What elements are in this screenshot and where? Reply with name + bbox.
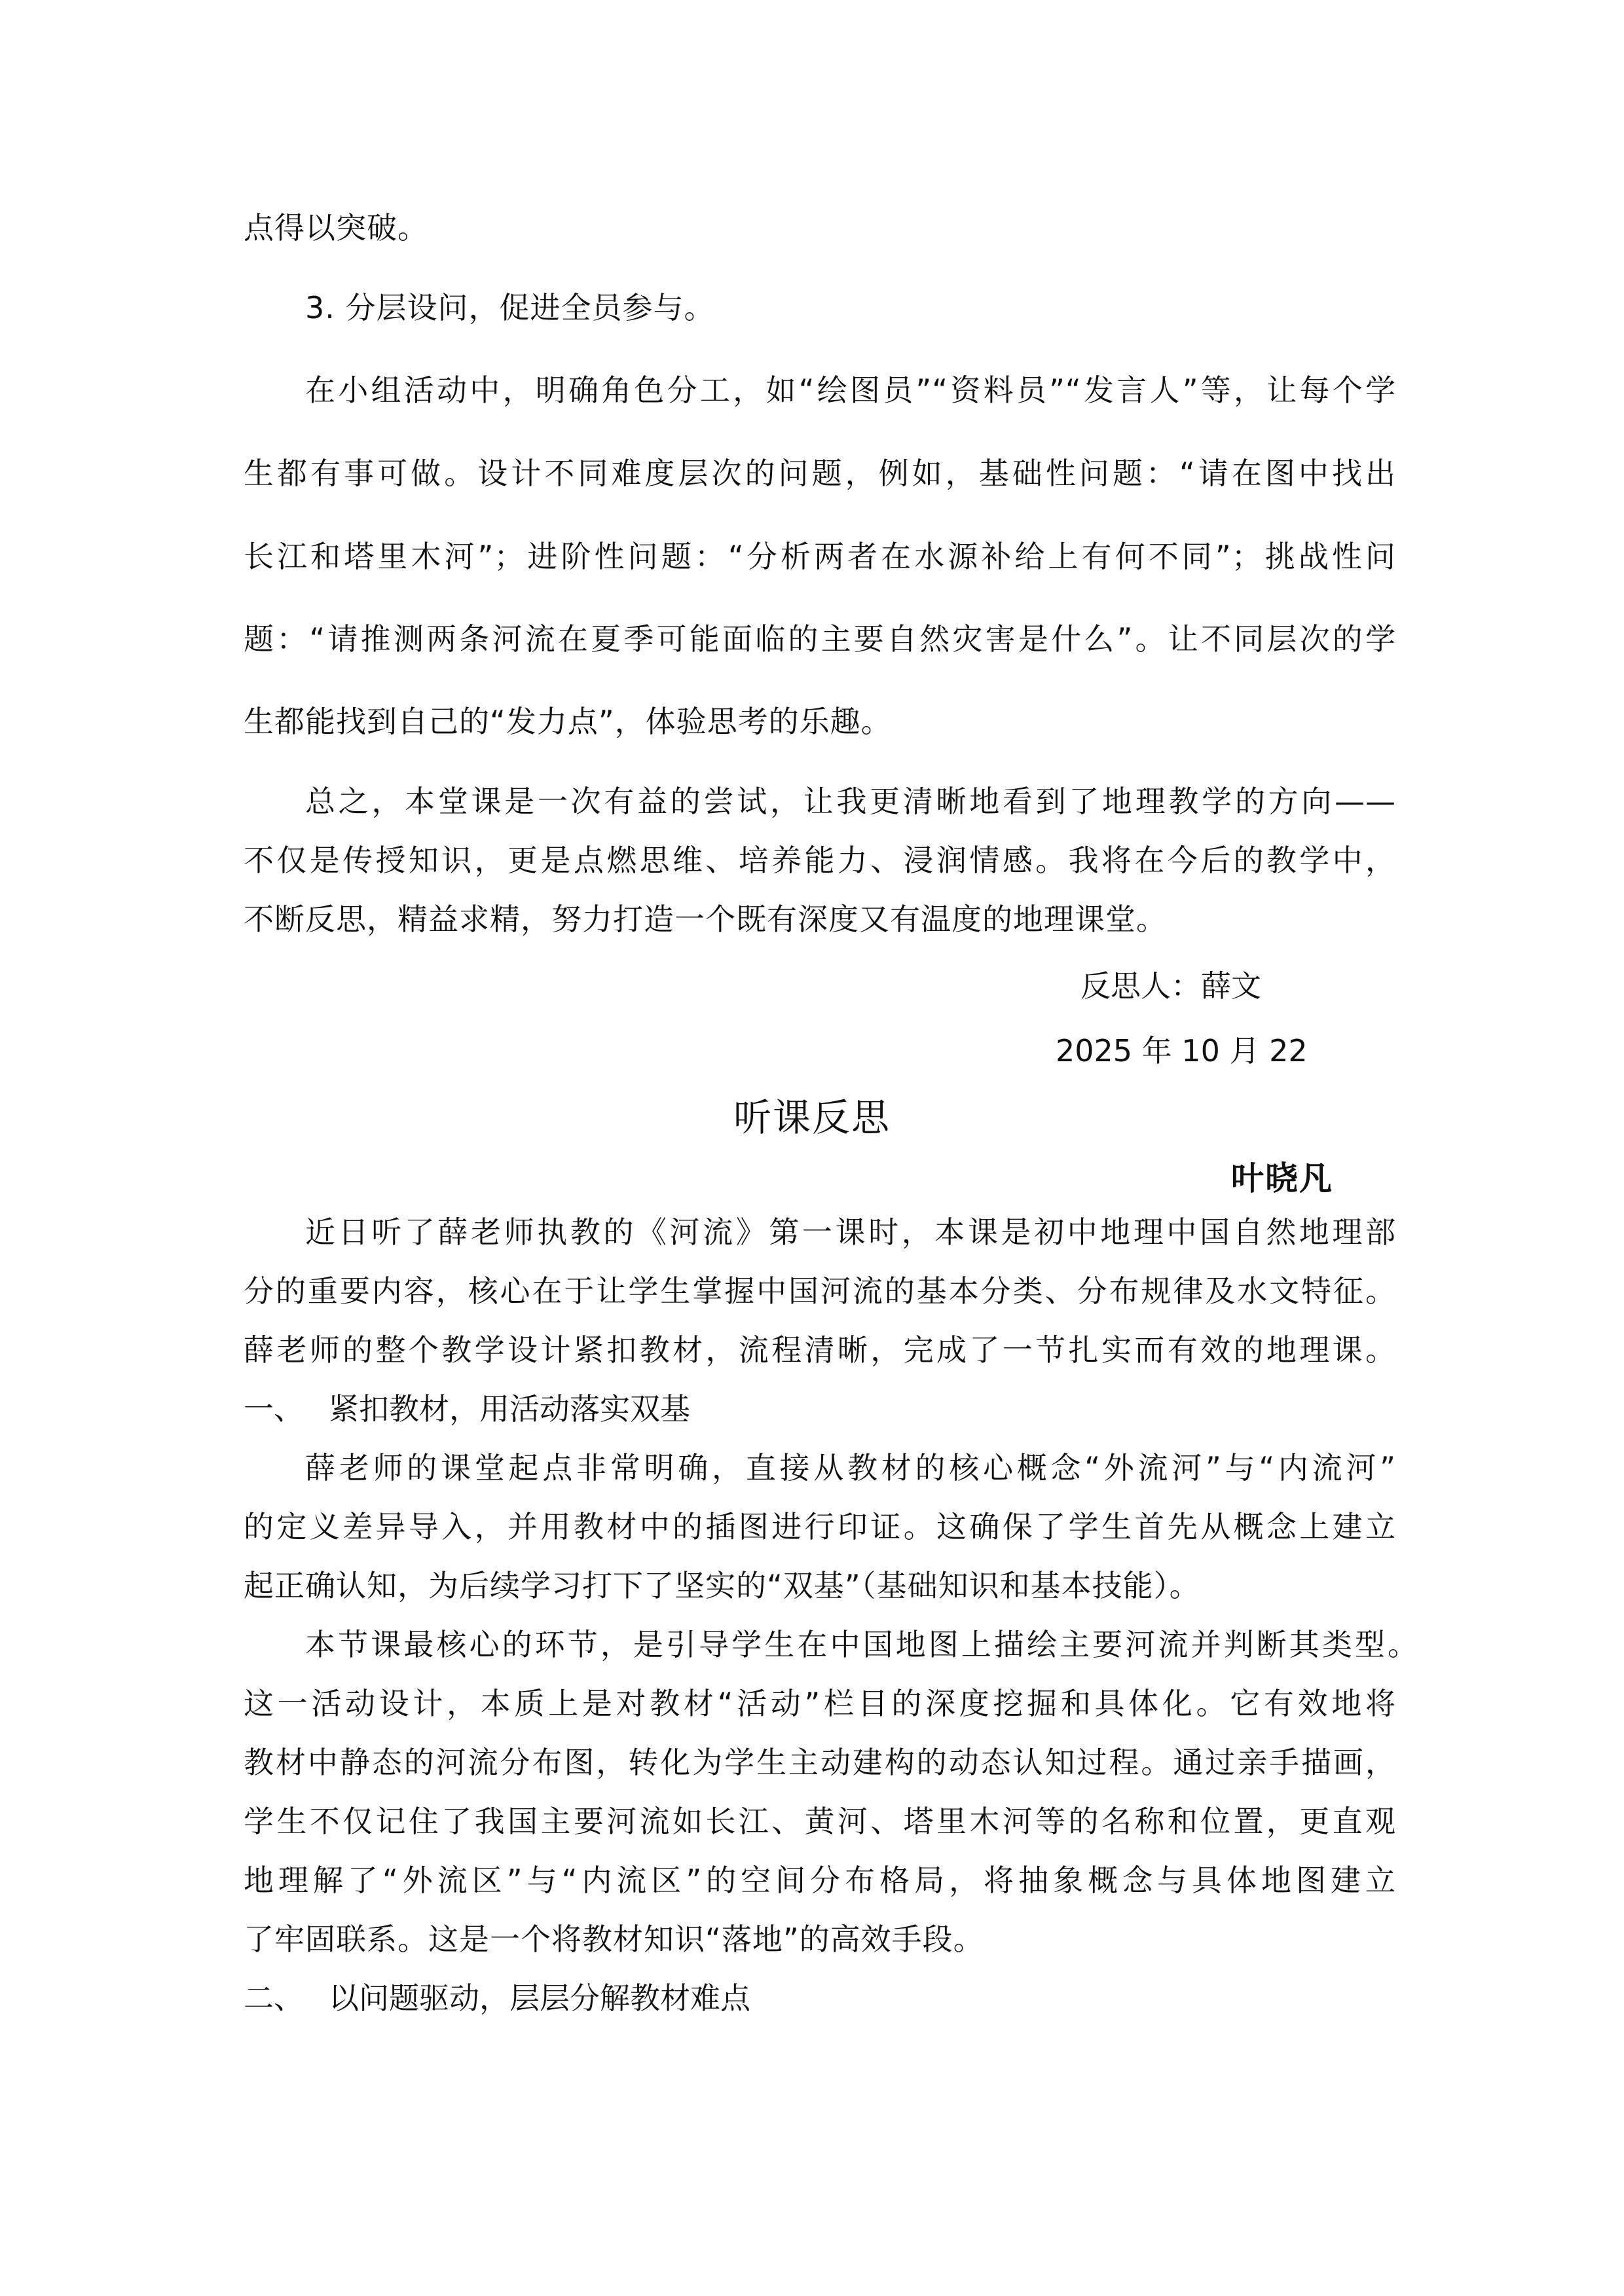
paragraph-line: 近日听了薛老师执教的《河流》第一课时，本课是初中地理中国自然地理部 xyxy=(305,1212,1396,1252)
author-name: 叶晓凡 xyxy=(1231,1157,1333,1199)
paragraph-line: 地理解了“外流区”与“内流区”的空间分布格局，将抽象概念与具体地图建立 xyxy=(244,1861,1396,1900)
paragraph-line: 生都能找到自己的“发力点”，体验思考的乐趣。 xyxy=(244,702,1396,741)
paragraph-line: 这一活动设计，本质上是对教材“活动”栏目的深度挖掘和具体化。它有效地将 xyxy=(244,1684,1396,1723)
paragraph-line: 题：“请推测两条河流在夏季可能面临的主要自然灾害是什么”。让不同层次的学 xyxy=(244,619,1396,659)
heading-number: 二、 xyxy=(244,1978,329,2018)
paragraph-line: 了牢固联系。这是一个将教材知识“落地”的高效手段。 xyxy=(244,1920,1396,1959)
paragraph-line: 学生不仅记住了我国主要河流如长江、黄河、塔里木河等的名称和位置，更直观 xyxy=(244,1802,1396,1841)
section-heading-1: 一、紧扣教材，用活动落实双基 xyxy=(244,1389,690,1429)
paragraph-line: 总之，本堂课是一次有益的尝试，让我更清晰地看到了地理教学的方向—— xyxy=(305,782,1396,821)
paragraph-line: 起正确认知，为后续学习打下了坚实的“双基”（基础知识和基本技能）。 xyxy=(244,1566,1396,1605)
paragraph-line: 薛老师的课堂起点非常明确，直接从教材的核心概念“外流河”与“内流河” xyxy=(305,1448,1396,1487)
paragraph-line: 本节课最核心的环节，是引导学生在中国地图上描绘主要河流并判断其类型。 xyxy=(305,1625,1418,1664)
heading-text: 紧扣教材，用活动落实双基 xyxy=(329,1391,690,1427)
paragraph-line: 不仅是传授知识，更是点燃思维、培养能力、浸润情感。我将在今后的教学中， xyxy=(244,841,1396,880)
section-heading-2: 二、以问题驱动，层层分解教材难点 xyxy=(244,1978,750,2018)
date: 2025 年 10 月 22 xyxy=(1056,1031,1308,1070)
heading-number: 一、 xyxy=(244,1389,329,1429)
signature: 反思人：薛文 xyxy=(1080,966,1261,1006)
paragraph-line: 不断反思，精益求精，努力打造一个既有深度又有温度的地理课堂。 xyxy=(244,900,1396,939)
paragraph-line: 的定义差异导入，并用教材中的插图进行印证。这确保了学生首先从概念上建立 xyxy=(244,1507,1396,1546)
subheading-3: 3. 分层设问，促进全员参与。 xyxy=(305,288,1396,327)
paragraph-line: 分的重要内容，核心在于让学生掌握中国河流的基本分类、分布规律及水文特征。 xyxy=(244,1271,1396,1311)
paragraph-line: 点得以突破。 xyxy=(244,208,1396,247)
paragraph-line: 生都有事可做。设计不同难度层次的问题，例如，基础性问题：“请在图中找出 xyxy=(244,454,1396,493)
paragraph-line: 在小组活动中，明确角色分工，如“绘图员”“资料员”“发言人”等，让每个学 xyxy=(305,371,1396,410)
paragraph-line: 薛老师的整个教学设计紧扣教材，流程清晰，完成了一节扎实而有效的地理课。 xyxy=(244,1330,1396,1370)
document-title: 听课反思 xyxy=(0,1095,1624,1140)
paragraph-line: 教材中静态的河流分布图，转化为学生主动建构的动态认知过程。通过亲手描画， xyxy=(244,1743,1396,1782)
document-page: 点得以突破。 3. 分层设问，促进全员参与。 在小组活动中，明确角色分工，如“绘… xyxy=(0,0,1624,2296)
heading-text: 以问题驱动，层层分解教材难点 xyxy=(329,1980,750,2016)
paragraph-line: 长江和塔里木河”；进阶性问题：“分析两者在水源补给上有何不同”；挑战性问 xyxy=(244,537,1396,576)
